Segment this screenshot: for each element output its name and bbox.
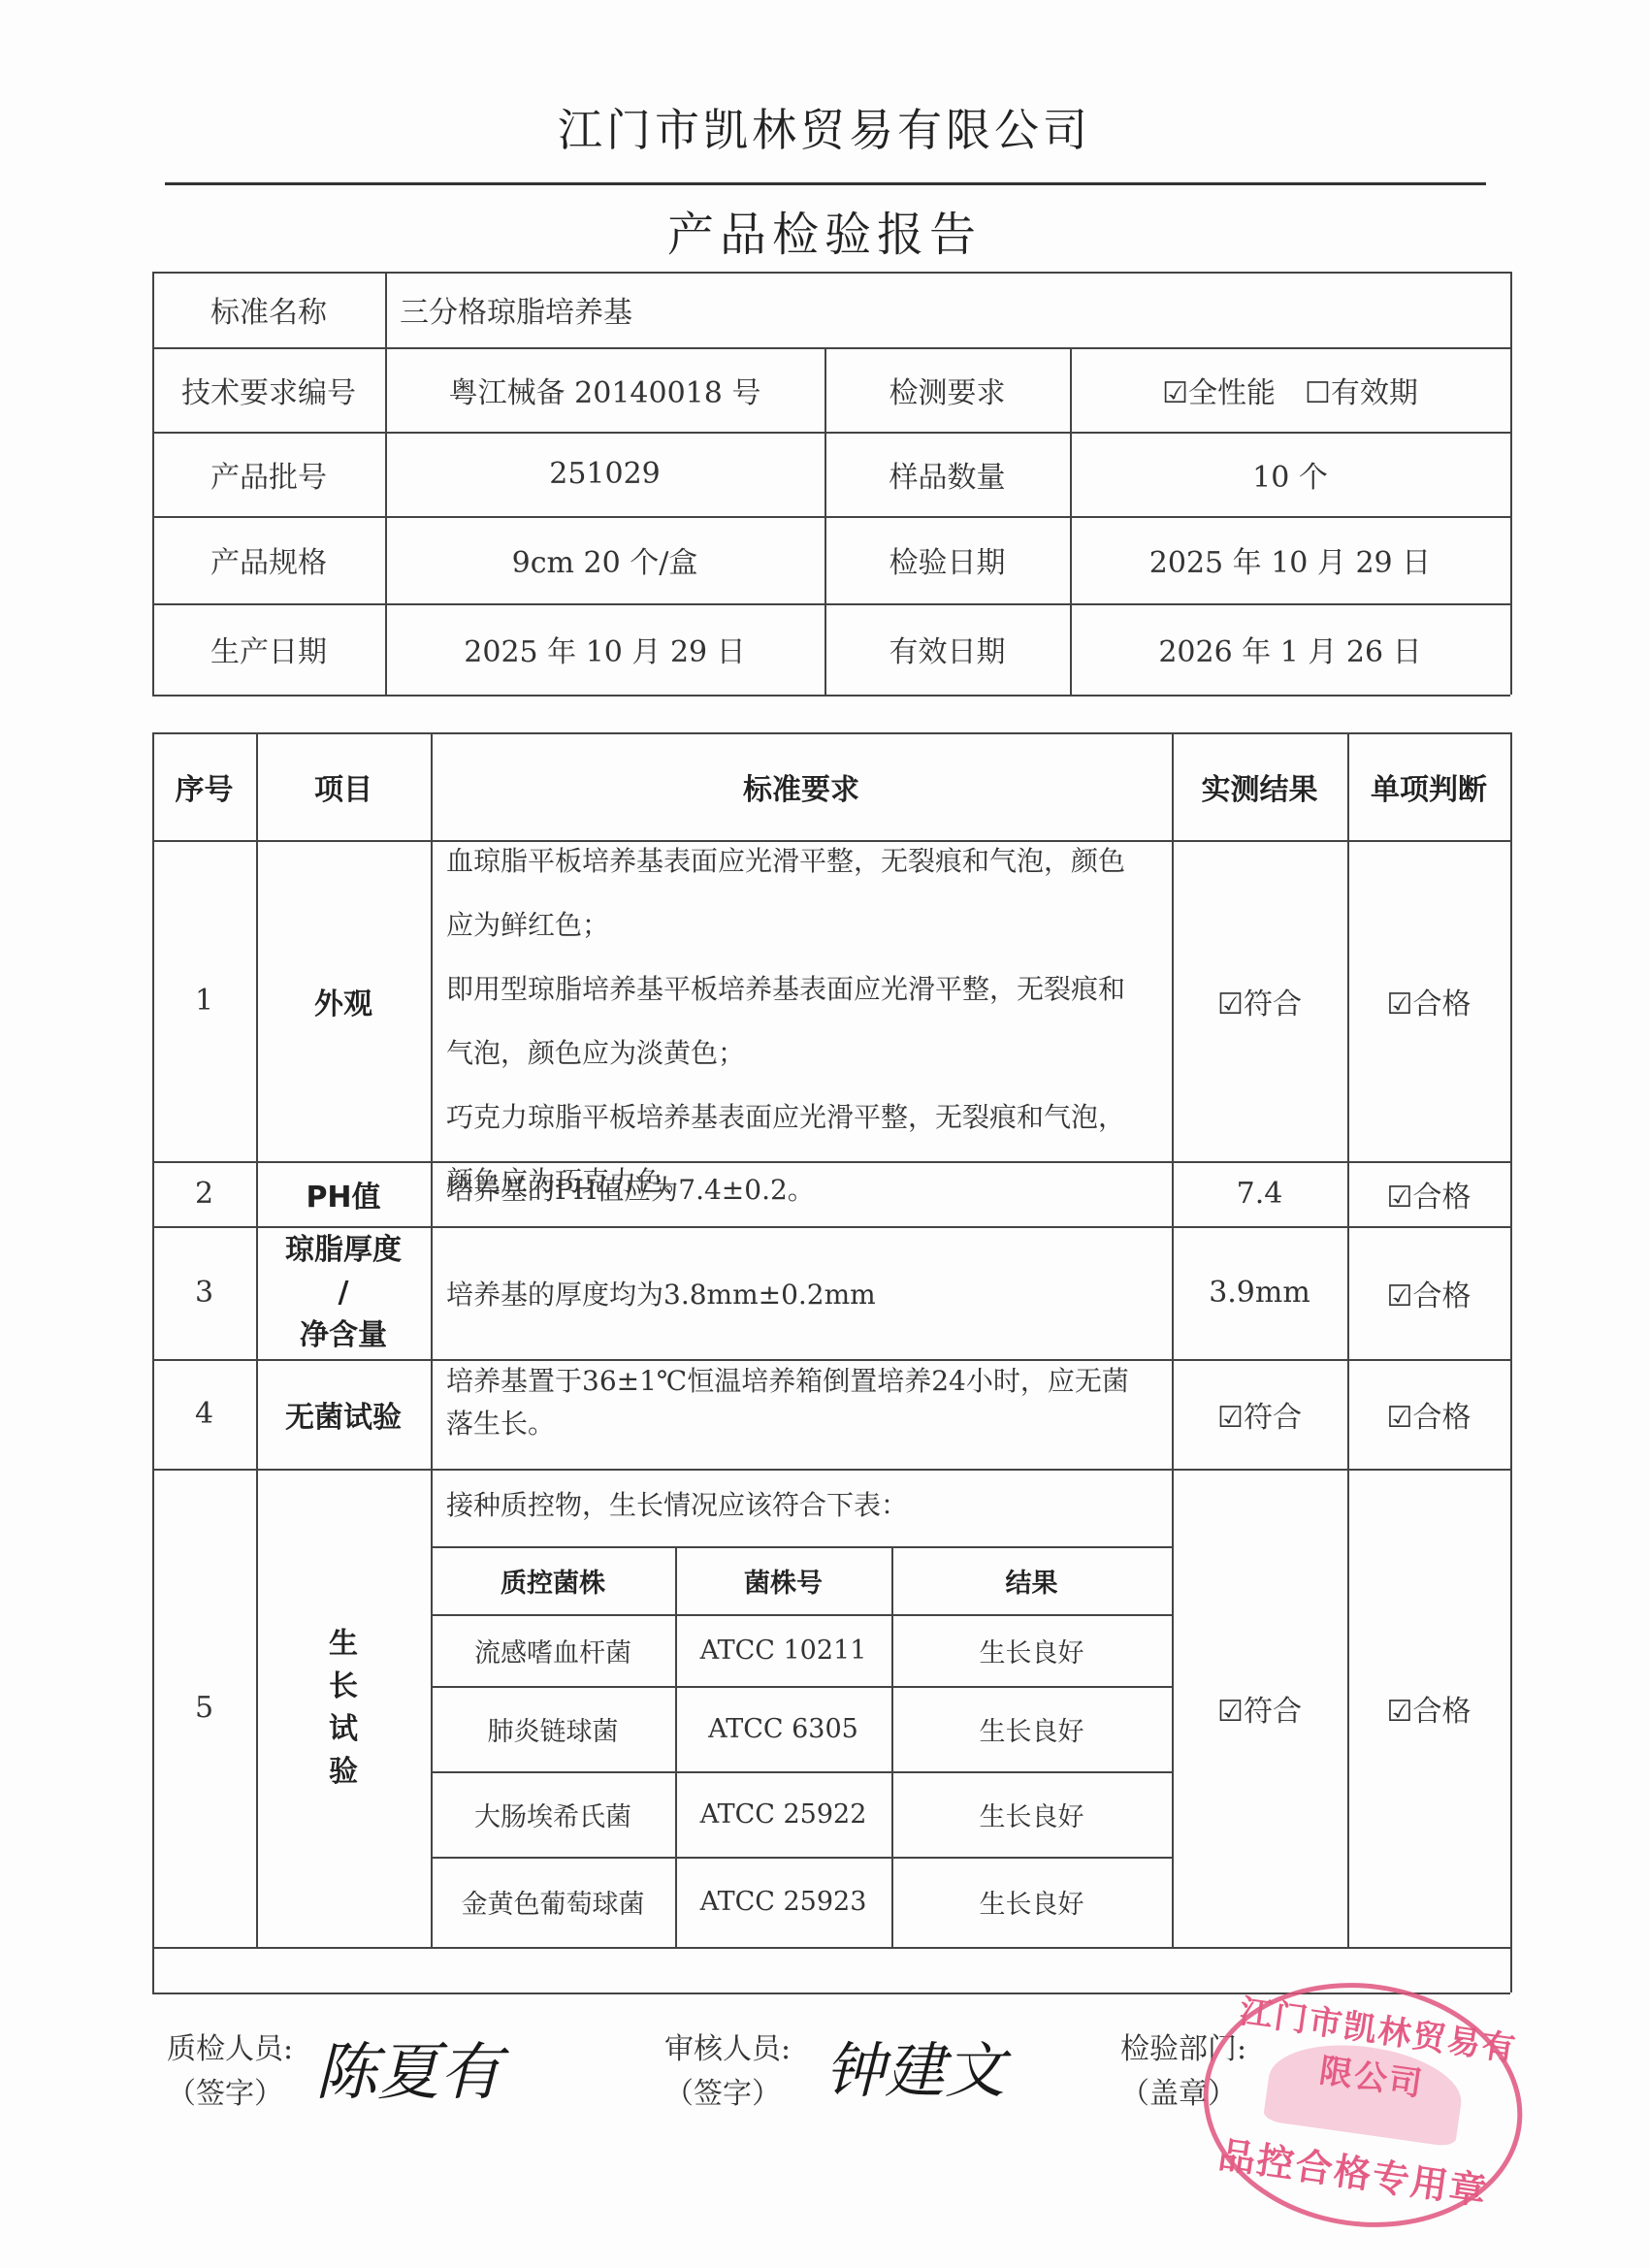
stamp-purpose-text: 品控合格专用章 bbox=[1196, 2122, 1511, 2218]
row-requirement: 培养基置于36±1℃恒温培养箱倒置培养24小时，应无菌 落生长。 bbox=[446, 1360, 1164, 1445]
row-item: 生 长 试 验 bbox=[256, 1469, 431, 1947]
inspector-signature: 陈夏有 bbox=[315, 2023, 501, 2112]
inspection-date-label: 检验日期 bbox=[824, 516, 1070, 603]
production-date-label: 生产日期 bbox=[152, 603, 385, 695]
row-result: ☑符合 bbox=[1172, 840, 1347, 1161]
row-result: 7.4 bbox=[1172, 1161, 1347, 1226]
row-judgement: ☑合格 bbox=[1347, 1469, 1510, 1947]
header-no: 序号 bbox=[152, 732, 256, 840]
test-req-options: ☑全性能 ☐有效期 bbox=[1070, 347, 1510, 432]
option-validity[interactable]: ☐有效期 bbox=[1305, 369, 1418, 411]
standard-name-label: 标准名称 bbox=[152, 272, 385, 347]
production-date-value: 2025 年 10 月 29 日 bbox=[385, 603, 824, 695]
reviewer-sub-label: （签字） bbox=[664, 2072, 791, 2117]
row-no: 5 bbox=[152, 1469, 256, 1947]
header-judgement: 单项判断 bbox=[1347, 732, 1510, 840]
header-divider bbox=[165, 182, 1486, 185]
expiry-date-value: 2026 年 1 月 26 日 bbox=[1070, 603, 1510, 695]
company-name: 江门市凯林贸易有限公司 bbox=[0, 95, 1649, 159]
strain-result: 生长良好 bbox=[891, 1614, 1172, 1686]
table-border bbox=[1510, 272, 1512, 695]
unchecked-checkbox-icon: ☐ bbox=[1305, 376, 1331, 410]
inspection-date-value: 2025 年 10 月 29 日 bbox=[1070, 516, 1510, 603]
test-req-label: 检测要求 bbox=[824, 347, 1070, 432]
row-requirement: 血琼脂平板培养基表面应光滑平整，无裂痕和气泡，颜色 应为鲜红色； 即用型琼脂培养… bbox=[446, 829, 1164, 1214]
sample-qty-value: 10 个 bbox=[1070, 432, 1510, 516]
row-judgement: ☑合格 bbox=[1347, 1359, 1510, 1469]
table-border bbox=[152, 1947, 1510, 1949]
row-item: 琼脂厚度 / 净含量 bbox=[256, 1226, 431, 1359]
row-item: 无菌试验 bbox=[256, 1359, 431, 1469]
tech-req-no-value: 粤江械备 20140018 号 bbox=[385, 347, 824, 432]
strain-no: ATCC 10211 bbox=[675, 1614, 891, 1686]
row-requirement: 培养基的厚度均为3.8mm±0.2mm bbox=[446, 1226, 1164, 1359]
expiry-date-label: 有效日期 bbox=[824, 603, 1070, 695]
table-border bbox=[152, 695, 1510, 697]
growth-intro: 接种质控物，生长情况应该符合下表： bbox=[446, 1469, 1164, 1539]
row-judgement: ☑合格 bbox=[1347, 840, 1510, 1161]
reviewer-signature: 钟建文 bbox=[824, 2023, 1005, 2109]
spec-value: 9cm 20 个/盒 bbox=[385, 516, 824, 603]
row-no: 1 bbox=[152, 840, 256, 1161]
tech-req-no-label: 技术要求编号 bbox=[152, 347, 385, 432]
strain-result: 生长良好 bbox=[891, 1771, 1172, 1857]
inspector-block: 质检人员: （签字） bbox=[167, 2027, 293, 2117]
row-judgement: ☑合格 bbox=[1347, 1226, 1510, 1359]
growth-header-strain: 质控菌株 bbox=[431, 1546, 675, 1614]
strain-no: ATCC 6305 bbox=[675, 1686, 891, 1771]
row-no: 2 bbox=[152, 1161, 256, 1226]
company-seal-stamp: 江门市凯林贸易有限公司 品控合格专用章 bbox=[1187, 1962, 1538, 2247]
strain-name: 肺炎链球菌 bbox=[431, 1686, 675, 1771]
strain-no: ATCC 25923 bbox=[675, 1857, 891, 1947]
table-border bbox=[1510, 732, 1512, 1993]
batch-no-label: 产品批号 bbox=[152, 432, 385, 516]
inspector-label: 质检人员: bbox=[167, 2027, 293, 2072]
strain-result: 生长良好 bbox=[891, 1686, 1172, 1771]
row-result: ☑符合 bbox=[1172, 1359, 1347, 1469]
row-item: 外观 bbox=[256, 840, 431, 1161]
row-judgement: ☑合格 bbox=[1347, 1161, 1510, 1226]
row-result: ☑符合 bbox=[1172, 1469, 1347, 1947]
growth-header-result: 结果 bbox=[891, 1546, 1172, 1614]
growth-header-strain-no: 菌株号 bbox=[675, 1546, 891, 1614]
row-no: 3 bbox=[152, 1226, 256, 1359]
header-result: 实测结果 bbox=[1172, 732, 1347, 840]
header-item: 项目 bbox=[256, 732, 431, 840]
batch-no-value: 251029 bbox=[385, 432, 824, 516]
row-no: 4 bbox=[152, 1359, 256, 1469]
spec-label: 产品规格 bbox=[152, 516, 385, 603]
strain-no: ATCC 25922 bbox=[675, 1771, 891, 1857]
row-item: PH值 bbox=[256, 1161, 431, 1226]
reviewer-block: 审核人员: （签字） bbox=[664, 2027, 791, 2117]
inspector-sub-label: （签字） bbox=[167, 2072, 293, 2117]
standard-name-value: 三分格琼脂培养基 bbox=[400, 272, 1505, 347]
option-full-performance[interactable]: ☑全性能 bbox=[1162, 369, 1276, 411]
row-requirement: 培养基的PH值应为7.4±0.2。 bbox=[446, 1161, 1164, 1215]
header-requirement: 标准要求 bbox=[431, 732, 1172, 840]
strain-name: 金黄色葡萄球菌 bbox=[431, 1857, 675, 1947]
strain-result: 生长良好 bbox=[891, 1857, 1172, 1947]
report-title: 产品检验报告 bbox=[0, 197, 1649, 264]
reviewer-label: 审核人员: bbox=[664, 2027, 791, 2072]
row-result: 3.9mm bbox=[1172, 1226, 1347, 1359]
strain-name: 大肠埃希氏菌 bbox=[431, 1771, 675, 1857]
sample-qty-label: 样品数量 bbox=[824, 432, 1070, 516]
checked-checkbox-icon: ☑ bbox=[1162, 376, 1188, 410]
strain-name: 流感嗜血杆菌 bbox=[431, 1614, 675, 1686]
